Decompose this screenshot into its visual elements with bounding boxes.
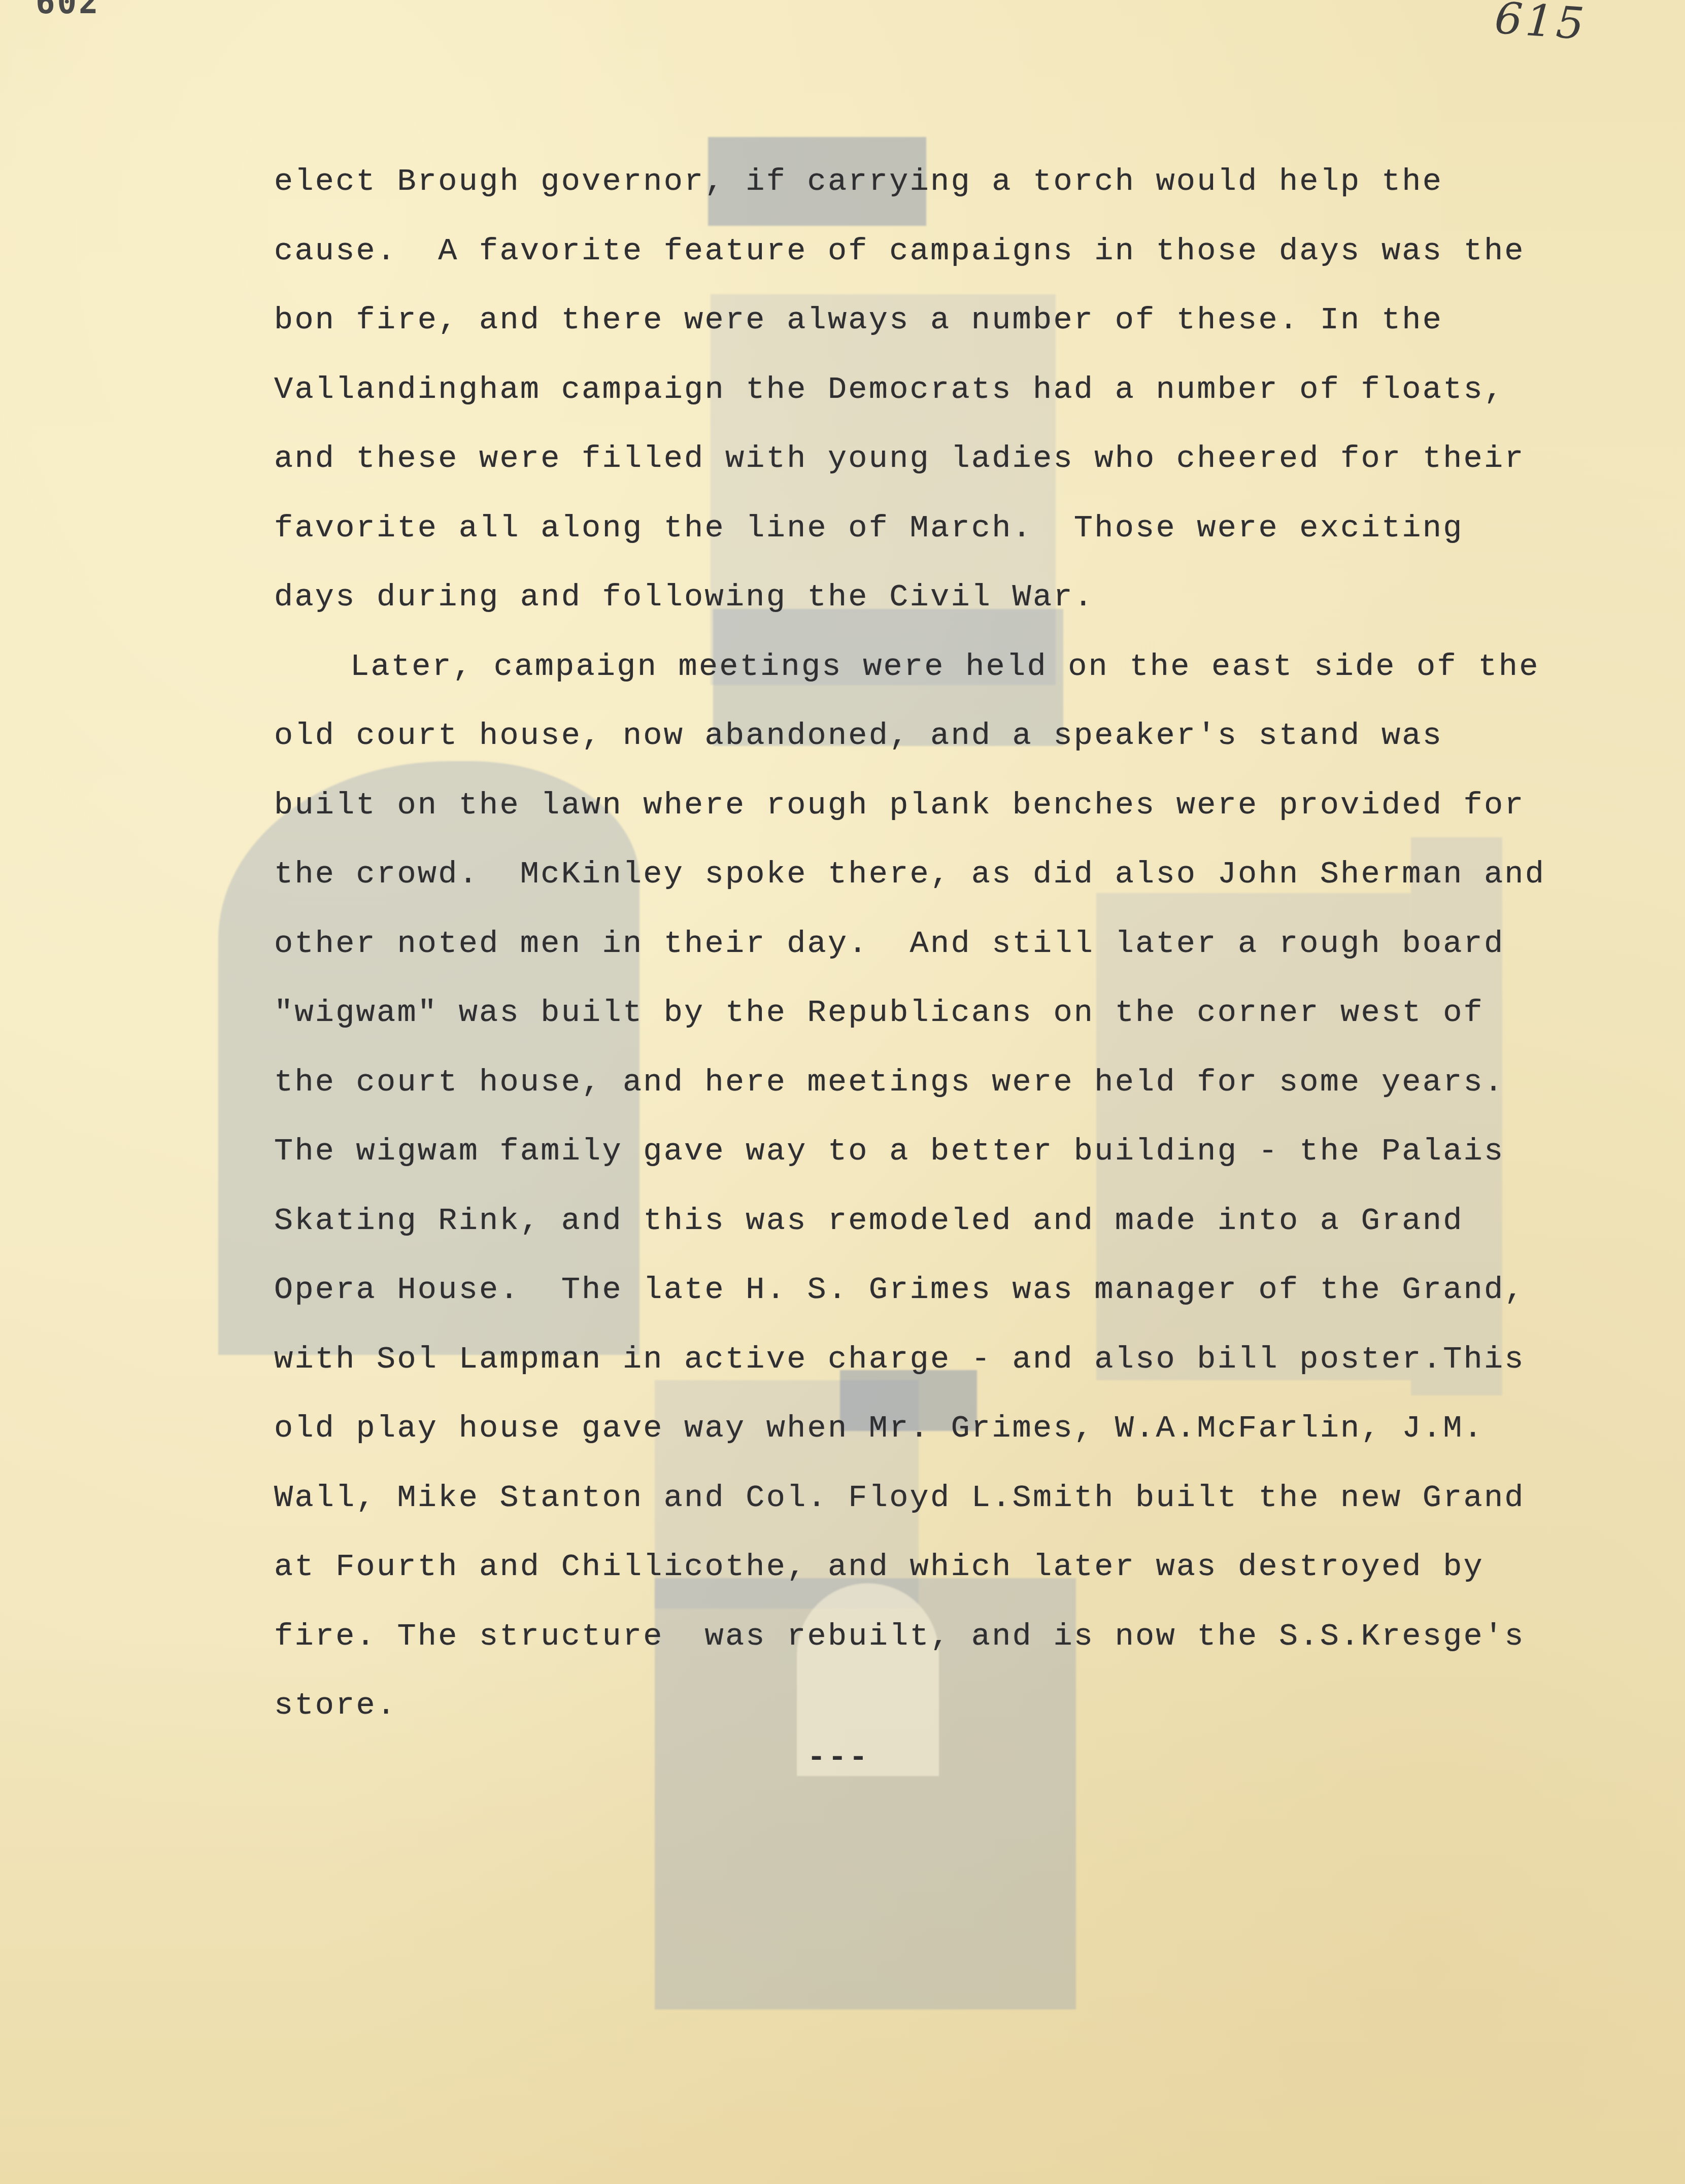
text-line: and these were filled with young ladies … — [274, 424, 1594, 494]
text-line: other noted men in their day. And still … — [274, 909, 1594, 979]
text-line: favorite all along the line of March. Th… — [274, 494, 1594, 563]
text-line: built on the lawn where rough plank benc… — [274, 771, 1594, 840]
text-line: "wigwam" was built by the Republicans on… — [274, 978, 1594, 1048]
text-line: the crowd. McKinley spoke there, as did … — [274, 840, 1594, 909]
page-number-corner: 602 — [36, 0, 100, 21]
page-number-handwritten: 615 — [1493, 0, 1589, 50]
text-line: Vallandingham campaign the Democrats had… — [274, 355, 1594, 425]
text-line: Wall, Mike Stanton and Col. Floyd L.Smit… — [274, 1463, 1594, 1533]
text-line: elect Brough governor, if carrying a tor… — [274, 147, 1594, 217]
text-line: at Fourth and Chillicothe, and which lat… — [274, 1532, 1594, 1602]
paragraph-2: Later, campaign meetings were held on th… — [274, 632, 1594, 1741]
end-of-section-mark: --- — [807, 1739, 870, 1776]
paragraph-1: elect Brough governor, if carrying a tor… — [274, 147, 1594, 632]
text-line: the court house, and here meetings were … — [274, 1048, 1594, 1117]
text-line: The wigwam family gave way to a better b… — [274, 1117, 1594, 1186]
document-page: 602 615 elect Brough governor, if carryi… — [0, 0, 1685, 2184]
text-line: old play house gave way when Mr. Grimes,… — [274, 1394, 1594, 1463]
text-line: Skating Rink, and this was remodeled and… — [274, 1186, 1594, 1256]
text-line: store. — [274, 1671, 1594, 1741]
text-line: Opera House. The late H. S. Grimes was m… — [274, 1255, 1594, 1325]
text-line: old court house, now abandoned, and a sp… — [274, 701, 1594, 771]
text-line: fire. The structure was rebuilt, and is … — [274, 1602, 1594, 1671]
text-line: cause. A favorite feature of campaigns i… — [274, 217, 1594, 286]
text-line: days during and following the Civil War. — [274, 563, 1594, 632]
text-line: Later, campaign meetings were held on th… — [274, 632, 1594, 702]
text-line: with Sol Lampman in active charge - and … — [274, 1325, 1594, 1394]
body-text: elect Brough governor, if carrying a tor… — [274, 147, 1594, 1741]
text-line: bon fire, and there were always a number… — [274, 286, 1594, 355]
